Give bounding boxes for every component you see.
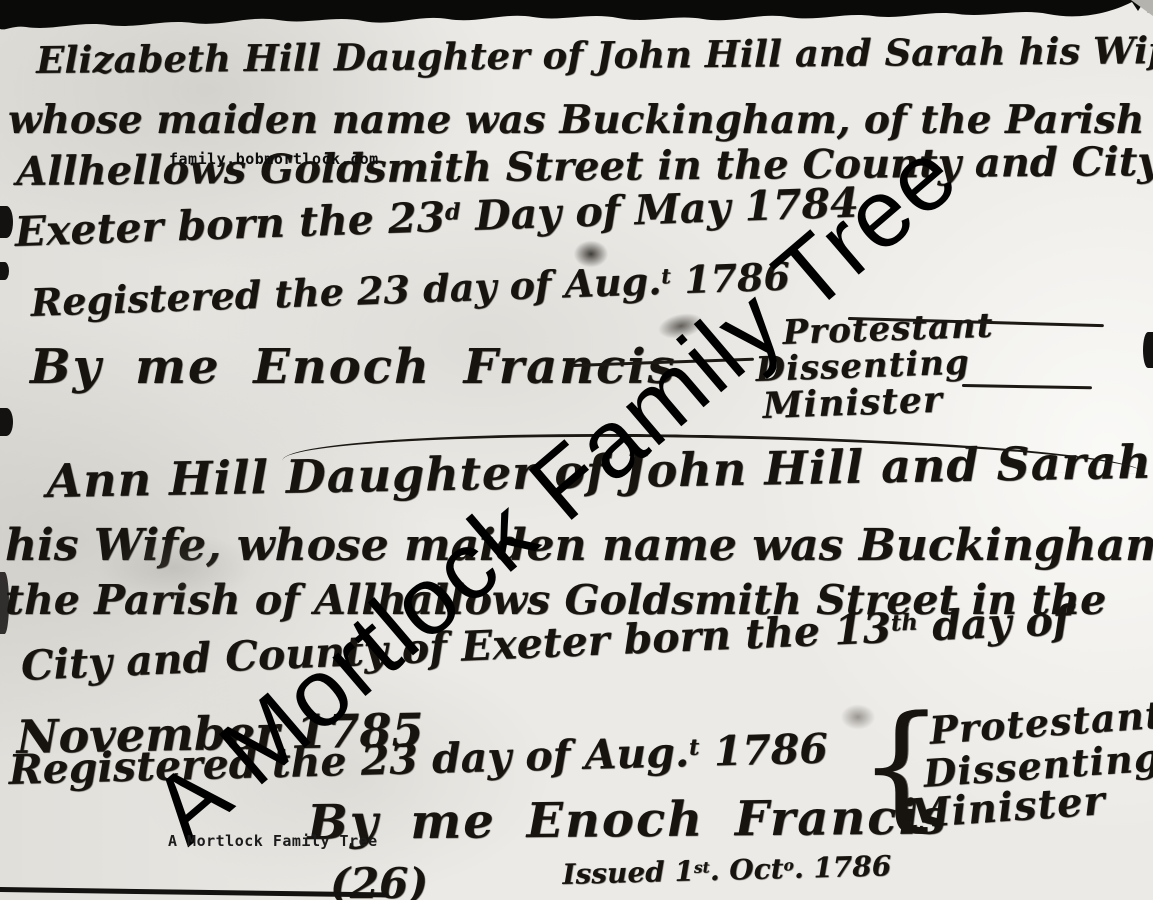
brace-glyph: { — [858, 698, 944, 833]
superscript: o — [783, 856, 794, 874]
superscript: d — [444, 199, 461, 226]
line-text: 1786 — [699, 725, 829, 776]
handwritten-line-signature2: By me Enoch Francis — [307, 791, 948, 849]
ink-smudge — [568, 236, 614, 272]
paper-stain — [70, 520, 280, 615]
watermark-label: A Mortlock Family Tree — [168, 832, 378, 850]
scan-edge-mark — [1143, 332, 1153, 368]
line-text: . 1786 — [793, 849, 891, 885]
issued-note: Issued 1st. Octo. 1786 — [562, 851, 892, 890]
torn-paper-edge — [0, 0, 1153, 36]
watermark-url: family.bobmortlock.com — [169, 150, 379, 168]
line-text: day of — [917, 596, 1072, 651]
scan-edge-mark — [0, 206, 13, 238]
ink-flourish — [962, 384, 1092, 389]
scan-edge-mark — [0, 408, 13, 436]
scan-edge-mark — [0, 572, 9, 634]
handwritten-line-signature: By me Enoch Francis — [30, 341, 677, 394]
scanned-register-page: Elizabeth Hill Daughter of John Hill and… — [0, 0, 1153, 900]
line-text: Exeter born the 23 — [14, 193, 446, 256]
line-text: Registered the 23 day of Aug. — [30, 258, 662, 325]
superscript: th — [890, 610, 918, 637]
handwritten-line-elizabeth: Elizabeth Hill Daughter of John Hill and… — [36, 30, 1153, 81]
handwritten-line-maiden-name: whose maiden name was Buckingham, of the… — [8, 99, 1153, 142]
line-text: . Oct — [709, 852, 784, 887]
minister-title-minister: Minister — [762, 381, 943, 427]
superscript: st — [694, 858, 710, 876]
line-text: Issued 1 — [562, 855, 694, 891]
scan-edge-mark — [0, 262, 9, 280]
